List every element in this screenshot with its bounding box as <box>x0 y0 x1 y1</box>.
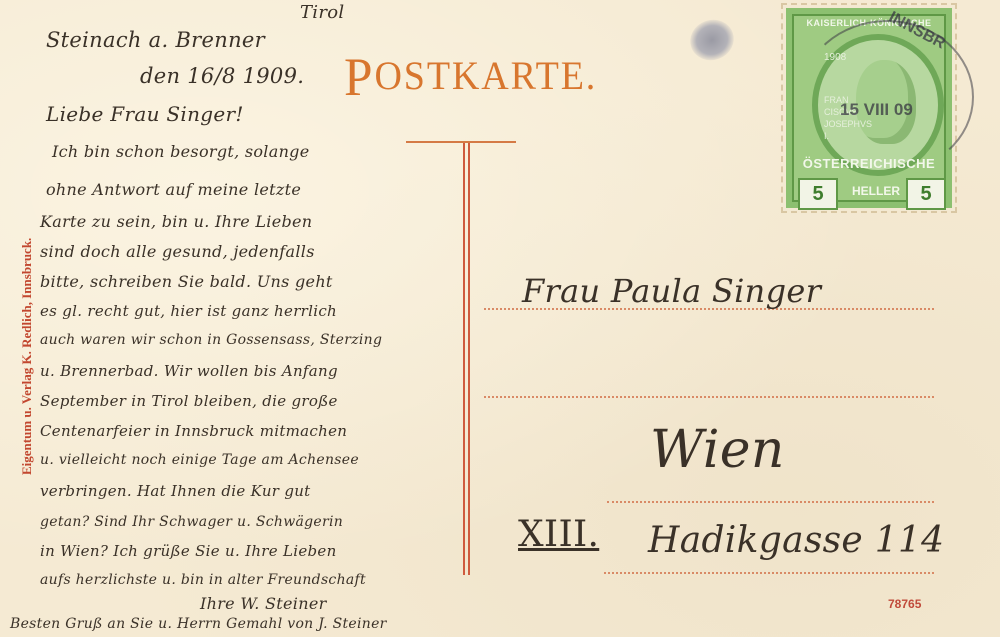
message-salutation: Liebe Frau Singer! <box>46 102 244 126</box>
address-city: Wien <box>650 420 785 480</box>
message-line: Centenarfeier in Innsbruck mitmachen <box>40 422 347 440</box>
address-recipient: Frau Paula Singer <box>522 272 821 310</box>
title-rest: OSTKARTE. <box>374 53 597 98</box>
stamp-value-left: 5 <box>798 178 838 210</box>
stamp-value-right: 5 <box>906 178 946 210</box>
publisher-imprint: Eigentum u. Verlag K. Redlich, Innsbruck… <box>19 238 35 475</box>
postcard: POSTKARTE. Eigentum u. Verlag K. Redlich… <box>0 0 1000 637</box>
message-place: Steinach a. Brenner <box>46 28 265 52</box>
address-street: Hadikgasse 114 <box>648 520 944 561</box>
message-line: September in Tirol bleiben, die große <box>40 392 338 410</box>
postmark-date: 15 VIII 09 <box>840 100 913 120</box>
message-line: Karte zu sein, bin u. Ihre Lieben <box>40 212 312 231</box>
message-line: Ich bin schon besorgt, solange <box>52 142 309 161</box>
divider-line-left <box>463 143 465 575</box>
message-line: es gl. recht gut, hier ist ganz herrlich <box>40 302 337 320</box>
message-line: verbringen. Hat Ihnen die Kur gut <box>40 482 311 500</box>
message-line: sind doch alle gesund, jedenfalls <box>40 242 315 261</box>
address-line-2 <box>484 396 934 398</box>
serial-number: 78765 <box>888 597 921 611</box>
message-line: aufs herzlichste u. bin in alter Freunds… <box>40 572 366 588</box>
stamp-denomination: HELLER <box>844 184 908 198</box>
message-line: auch waren wir schon in Gossensass, Ster… <box>40 332 382 348</box>
title-initial: P <box>344 47 374 107</box>
postcard-title: POSTKARTE. <box>344 50 597 104</box>
postmark-circle <box>800 20 974 174</box>
message-signature: Ihre W. Steiner <box>200 594 327 613</box>
address-line-4 <box>604 572 934 574</box>
address-line-3 <box>607 501 934 503</box>
ink-smudge <box>684 14 739 67</box>
address-district: XIII. <box>518 514 599 555</box>
message-line: bitte, schreiben Sie bald. Uns geht <box>40 272 333 291</box>
message-region: Tirol <box>300 2 344 23</box>
message-line: in Wien? Ich grüße Sie u. Ihre Lieben <box>40 542 337 560</box>
divider-line-right <box>468 143 470 575</box>
message-date: den 16/8 1909. <box>140 64 304 88</box>
message-postscript: Besten Gruß an Sie u. Herrn Gemahl von J… <box>10 616 387 632</box>
message-line: getan? Sind Ihr Schwager u. Schwägerin <box>40 514 343 530</box>
message-line: ohne Antwort auf meine letzte <box>46 180 301 199</box>
divider-top-rule <box>406 141 516 143</box>
message-line: u. Brennerbad. Wir wollen bis Anfang <box>40 362 338 380</box>
message-line: u. vielleicht noch einige Tage am Achens… <box>40 452 359 468</box>
